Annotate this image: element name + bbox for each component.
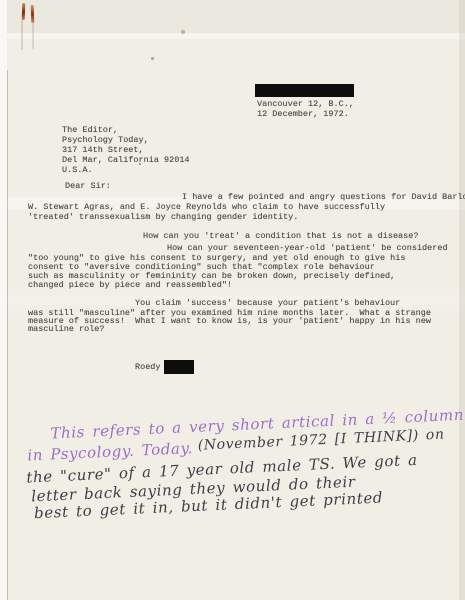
stain-smudge xyxy=(21,20,23,50)
date-city-line: Vancouver 12, B.C., xyxy=(257,100,354,109)
address-line: Del Mar, California 92014 xyxy=(62,156,190,165)
date-line: 12 December, 1972. xyxy=(257,110,349,119)
page-left-margin xyxy=(0,0,7,600)
redaction-bar-return-address xyxy=(255,84,354,97)
page-left-edge-line xyxy=(7,70,8,600)
page-right-edge-shade xyxy=(459,0,465,600)
redaction-bar-signature xyxy=(164,360,194,374)
body-line: I have a few pointed and angry questions… xyxy=(182,193,465,202)
body-line: W. Stewart Agras, and E. Joyce Reynolds … xyxy=(28,203,385,212)
address-line: Psychology Today, xyxy=(62,136,149,145)
body-line-question: How can you 'treat' a condition that is … xyxy=(143,232,418,241)
salutation: Dear Sir: xyxy=(65,182,111,191)
body-line: How can your seventeen-year-old 'patient… xyxy=(167,244,448,253)
address-line: The Editor, xyxy=(62,126,118,135)
body-line: changed piece by piece and reassembled"! xyxy=(28,281,232,290)
paper-speck xyxy=(181,30,185,34)
body-line: masculine role? xyxy=(28,325,105,334)
paper-speck xyxy=(151,57,154,60)
handwritten-annotation: This refers to a very short artical in a… xyxy=(16,404,465,528)
scanned-letter-page: Vancouver 12, B.C., 12 December, 1972. T… xyxy=(0,0,465,600)
signature-name: Roedy xyxy=(135,363,161,372)
scan-top-band xyxy=(0,0,465,33)
address-line: U.S.A. xyxy=(62,166,93,175)
handwritten-line-purple-part: in Psycology. Today. xyxy=(27,439,193,464)
ink-stain-mark xyxy=(31,5,35,23)
stain-smudge xyxy=(32,23,34,49)
scan-seam-band xyxy=(0,33,465,39)
body-line: 'treated' transsexualism by changing gen… xyxy=(28,213,298,222)
body-line: You claim 'success' because your patient… xyxy=(135,299,400,308)
address-line: 317 14th Street, xyxy=(62,146,144,155)
ink-stain-mark xyxy=(22,3,26,20)
